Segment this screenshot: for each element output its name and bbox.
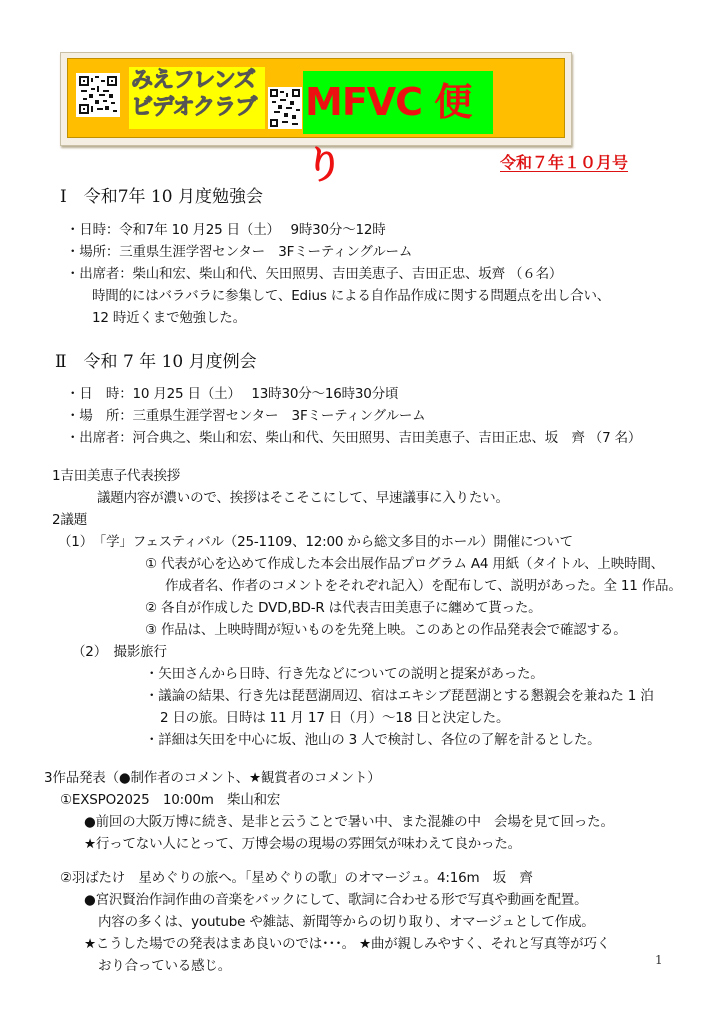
club-name: みえフレンズ ビデオクラブ <box>129 67 265 129</box>
page-number: 1 <box>655 953 663 967</box>
newsletter-title: MFVC 便り <box>303 71 493 134</box>
section1-place: ・場所：三重県生涯学習センター 3Fミーティングルーム <box>66 240 412 260</box>
agenda-sub1-title: （1） 「学」フェスティバル（25-1109、12:00 から総文多目的ホール）… <box>58 530 573 550</box>
club-name-line2: ビデオクラブ <box>131 94 265 121</box>
issue-label: 令和７年１０月号 <box>500 150 628 173</box>
newsletter-banner: みえフレンズ ビデオクラブ MFVC 便り <box>60 52 572 146</box>
work2-viewer-comments-cont: おり合っている感じ。 <box>98 954 231 974</box>
section2-place: ・場 所：三重県生涯学習センター 3Fミーティングルーム <box>66 404 425 424</box>
agenda-item1-title: 1吉田美恵子代表挨拶 <box>52 464 180 484</box>
agenda-sub1-point2: ② 各自が作成した DVD,BD-R は代表吉田美恵子に纏めて貰った。 <box>145 596 541 616</box>
section1-summary-line1: 時間的にはバラバラに参集して、Edius による自作品作成に関する問題点を出し合… <box>92 284 610 304</box>
work1-header: ①EXSPO2025 10:00m 柴山和宏 <box>60 788 280 808</box>
section1-summary-line2: 12 時近くまで勉強した。 <box>92 306 246 326</box>
work1-creator-comment: ●前回の大阪万博に続き、是非と云うことで暑い中、また混雑の中 会場を見て回った。 <box>84 810 614 830</box>
work2-creator-comment: ●宮沢賢治作詞作曲の音楽をバックにして、歌詞に合わせる形で写真や動画を配置。 <box>84 888 587 908</box>
agenda-sub2-point1: ・矢田さんから日時、行き先などについての説明と提案があった。 <box>145 662 544 682</box>
work2-viewer-comments: ★こうした場での発表はまあ良いのでは･･･。 ★曲が親しみやすく、それと写真等が… <box>84 932 610 952</box>
qr-code-icon <box>76 73 120 117</box>
agenda-sub1-point1: ① 代表が心を込めて作成した本会出展作品プログラム A4 用紙（タイトル、上映時… <box>145 552 664 572</box>
club-name-line1: みえフレンズ <box>131 67 265 94</box>
section2-date: ・日 時：10 月25 日（土） 13時30分～16時30分頃 <box>66 382 398 402</box>
agenda-item1-body: 議題内容が濃いので、挨拶はそこそこにして、早速議事に入りたい。 <box>97 486 509 506</box>
agenda-sub2-point2: ・議論の結果、行き先は琵琶湖周辺、宿はエキシブ琵琶湖とする懇親会を兼ねた 1 泊 <box>145 684 654 704</box>
agenda-sub1-point1-cont: 作成者名、作者のコメントをそれぞれ記入）を配布して、説明があった。全 11 作品… <box>165 574 682 594</box>
work2-header: ②羽ばたけ 星めぐりの旅へ。「星めぐりの歌」のオマージュ。4:16m 坂 齊 <box>60 866 533 886</box>
work2-creator-comment-cont: 内容の多くは、youtube や雑誌、新聞等からの切り取り、オマージュとして作成… <box>98 910 595 930</box>
agenda-sub2-title: （2） 撮影旅行 <box>72 640 167 660</box>
banner-frame: みえフレンズ ビデオクラブ MFVC 便り <box>67 58 565 138</box>
agenda-sub2-point3: ・詳細は矢田を中心に坂、池山の 3 人で検討し、各位の了解を計るとした。 <box>145 728 600 748</box>
qr-code-icon <box>268 87 302 129</box>
section2-heading: Ⅱ 令和 7 年 10 月度例会 <box>55 347 257 372</box>
works-title: 3作品発表（●制作者のコメント、★観賞者のコメント） <box>44 766 381 786</box>
work1-viewer-comment: ★行ってない人にとって、万博会場の現場の雰囲気が味わえて良かった。 <box>84 832 521 852</box>
section1-heading: Ⅰ 令和7年 10 月度勉強会 <box>60 182 263 207</box>
section1-date: ・日時：令和7年 10 月25 日（土） 9時30分～12時 <box>66 218 386 238</box>
section1-attendees: ・出席者：柴山和宏、柴山和代、矢田照男、吉田美恵子、吉田正忠、坂齊 （６名） <box>66 262 562 282</box>
agenda-sub1-point3: ③ 作品は、上映時間が短いものを先発上映。このあとの作品発表会で確認する。 <box>145 618 627 638</box>
agenda-item2-title: 2議題 <box>52 508 87 528</box>
agenda-sub2-point2-cont: 2 日の旅。日時は 11 月 17 日（月）～18 日と決定した。 <box>160 706 509 726</box>
section2-attendees: ・出席者：河合典之、柴山和宏、柴山和代、矢田照男、吉田美恵子、吉田正忠、坂 齊 … <box>66 426 641 446</box>
